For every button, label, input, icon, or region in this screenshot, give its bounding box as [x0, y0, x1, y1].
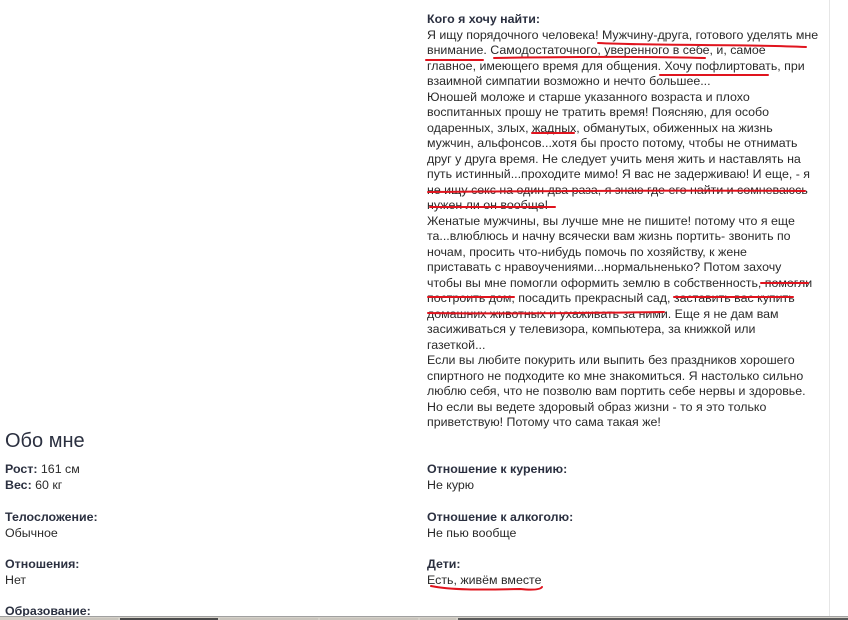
text-line: спиртного не подходите ко мне знакомитьс…	[427, 369, 827, 385]
text-line: Если вы любите покурить или выпить без п…	[427, 353, 827, 369]
build-value: Обычное	[5, 526, 98, 542]
weight-value: 60 кг	[35, 478, 62, 492]
children-value: Есть, живём вместе	[427, 573, 541, 589]
text-line: нужен ли он вообще!	[427, 198, 827, 214]
text-line: воспитанных прошу не тратить время! Пояс…	[427, 105, 827, 121]
looking-for-section: Кого я хочу найти: Я ищу порядочного чел…	[427, 12, 827, 431]
height-weight-field: Рост: 161 см Вес: 60 кг	[5, 462, 80, 493]
smoking-value: Не курю	[427, 478, 567, 494]
text-line: внимание. Самодостаточного, уверенного в…	[427, 43, 827, 59]
text-line: приветствую! Потому что сама такая же!	[427, 415, 827, 431]
children-field: Дети: Есть, живём вместе	[427, 557, 541, 588]
weight-label: Вес:	[5, 478, 32, 492]
taskbar	[0, 616, 848, 620]
text-line: Юношей моложе и старше указанного возрас…	[427, 90, 827, 106]
looking-for-title: Кого я хочу найти:	[427, 12, 827, 28]
alcohol-field: Отношение к алкоголю: Не пью вообще	[427, 510, 573, 541]
looking-for-text: Я ищу порядочного человека! Мужчину-друг…	[427, 28, 827, 431]
text-line: ночам, просить что-нибудь помочь по хозя…	[427, 245, 827, 261]
text-line: люблю себя, что не позволю вам портить с…	[427, 384, 827, 400]
about-me-title: Обо мне	[5, 430, 85, 453]
text-line: путь истинный...проходите мимо! Я вас не…	[427, 167, 827, 183]
height-value: 161 см	[41, 462, 80, 476]
text-line: построить дом, посадить прекрасный сад, …	[427, 291, 827, 307]
relations-field: Отношения: Нет	[5, 557, 79, 588]
children-label: Дети:	[427, 557, 541, 573]
text-line: мужчин, альфонсов...хотя бы просто потом…	[427, 136, 827, 152]
alcohol-label: Отношение к алкоголю:	[427, 510, 573, 526]
alcohol-value: Не пью вообще	[427, 526, 573, 542]
text-line: газеткой...	[427, 338, 827, 354]
build-field: Телосложение: Обычное	[5, 510, 98, 541]
text-line: не ищу секс на один два раза, я знаю где…	[427, 183, 827, 199]
content-border	[829, 0, 830, 616]
text-line: друг у друга время. Не следует учить мен…	[427, 152, 827, 168]
text-line: приставать с нравоучениями...нормальнень…	[427, 260, 827, 276]
text-line: Я ищу порядочного человека! Мужчину-друг…	[427, 28, 827, 44]
relations-value: Нет	[5, 573, 79, 589]
text-line: Женатые мужчины, вы лучше мне не пишите!…	[427, 214, 827, 230]
text-line: Но если вы ведете здоровый образ жизни -…	[427, 400, 827, 416]
smoking-label: Отношение к курению:	[427, 462, 567, 478]
text-line: взаимной симпатии возможно и нечто больш…	[427, 74, 827, 90]
height-label: Рост:	[5, 462, 37, 476]
build-label: Телосложение:	[5, 510, 98, 526]
text-line: одаренных, злых, жадных, обманутых, обиж…	[427, 121, 827, 137]
text-line: домашних животных и ухаживать за ними. Е…	[427, 307, 827, 323]
smoking-field: Отношение к курению: Не курю	[427, 462, 567, 493]
text-line: засиживаться у телевизора, компьютера, з…	[427, 322, 827, 338]
relations-label: Отношения:	[5, 557, 79, 573]
text-line: чтобы вы мне помогли оформить землю в со…	[427, 276, 827, 292]
text-line: главное, имеющего время для общения. Хоч…	[427, 59, 827, 75]
text-line: та...влюблюсь и начну всячески вам жизнь…	[427, 229, 827, 245]
